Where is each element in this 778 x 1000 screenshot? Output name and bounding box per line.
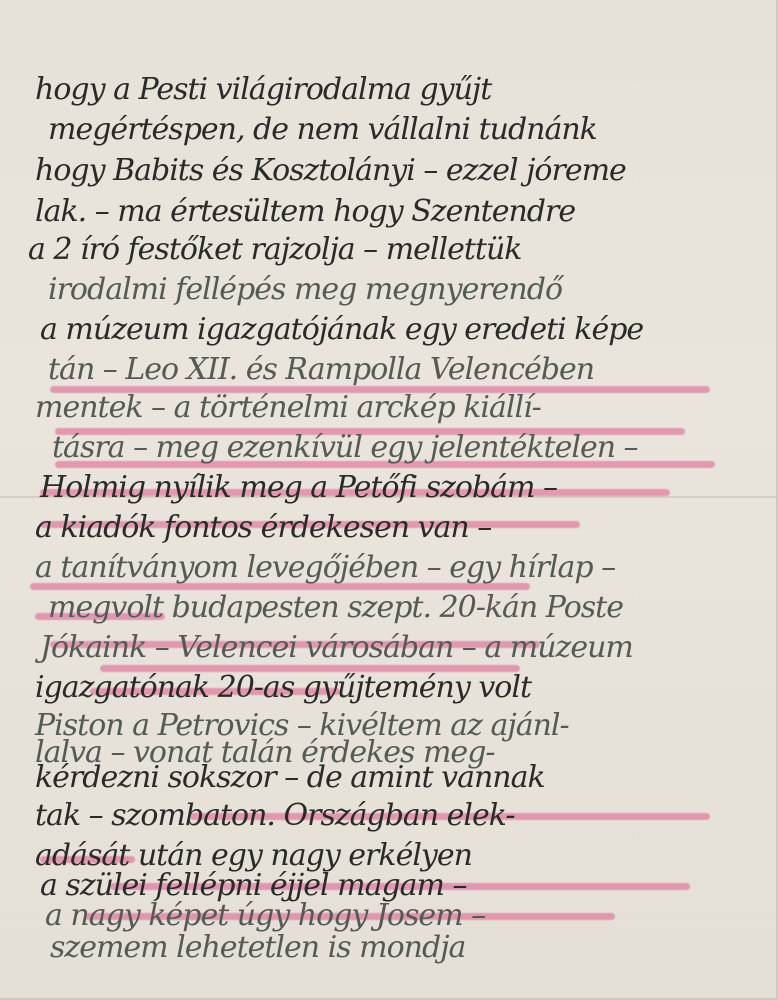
handwritten-line: irodalmi fellépés meg megnyerendő [48, 272, 562, 307]
handwritten-line: Holmig nyílik meg a Petőfi szobám – [40, 470, 557, 505]
handwritten-line: a 2 író festőket rajzolja – mellettük [28, 232, 521, 267]
handwritten-line: Jókaink – Velencei városában – a múzeum [40, 630, 633, 665]
handwritten-line: a nagy képet úgy hogy Josem – [45, 898, 485, 933]
handwritten-line: tak – szombaton. Országban elek- [35, 798, 515, 833]
handwritten-line: tásra – meg ezenkívül egy jelentéktelen … [52, 430, 638, 465]
handwritten-line: a kiadók fontos érdekesen van – [35, 510, 491, 545]
handwritten-line: a múzeum igazgatójának egy eredeti képe [40, 312, 643, 347]
handwritten-line: kérdezni sokszor – de amint vannak [35, 760, 545, 795]
handwritten-line: megértéspen, de nem vállalni tudnánk [48, 112, 597, 147]
handwritten-line: szemem lehetetlen is mondja [50, 930, 465, 965]
handwritten-line: mentek – a történelmi arckép kiállí- [35, 390, 541, 425]
handwritten-line: hogy a Pesti világirodalma gyűjt [35, 72, 491, 107]
handwritten-line: tán – Leo XII. és Rampolla Velencében [48, 352, 594, 387]
handwritten-line: lak. – ma értesültem hogy Szentendre [35, 194, 575, 229]
handwritten-line: hogy Babits és Kosztolányi – ezzel jórem… [35, 153, 626, 188]
handwritten-line: megvolt budapesten szept. 20-kán Poste [48, 590, 623, 625]
letter-page: hogy a Pesti világirodalma gyűjt megérté… [0, 0, 778, 1000]
handwritten-line: igazgatónak 20-as gyűjtemény volt [35, 670, 531, 705]
handwritten-line: a tanítványom levegőjében – egy hírlap – [35, 550, 615, 585]
